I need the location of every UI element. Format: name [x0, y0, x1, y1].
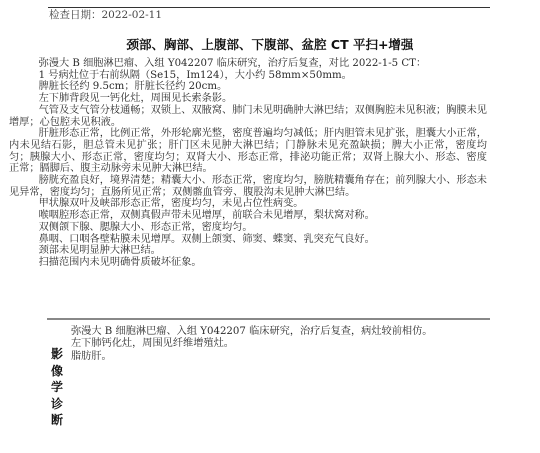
- diagnosis-line: 脂肪肝。: [71, 351, 491, 363]
- finding-paragraph: 膀胱充盈良好，境界清楚；精囊大小、形态正常，密度均匀，膀胱精囊角存在；前列腺大小…: [9, 175, 487, 198]
- finding-paragraph: 双侧颌下腺、腮腺大小、形态正常，密度均匀。: [9, 222, 487, 234]
- finding-paragraph: 左下肺背段见一钙化灶，周围见长索条影。: [9, 93, 487, 105]
- finding-paragraph: 颈部未见明显肿大淋巴结。: [9, 245, 487, 257]
- finding-paragraph: 扫描范围内未见明确骨质破坏征象。: [9, 257, 487, 269]
- finding-paragraph: 鼻咽、口咽各壁粘膜未见增厚。双侧上颌窦、筛窦、蝶窦、乳突充气良好。: [9, 234, 487, 246]
- header-divider: [48, 7, 490, 8]
- finding-paragraph: 甲状腺双叶及峡部形态正常，密度均匀，未见占位性病变。: [9, 198, 487, 210]
- diagnosis-conclusion: 弥漫大 B 细胞淋巴瘤、入组 Y042207 临床研究，治疗后复查，病灶较前相仿…: [71, 326, 491, 363]
- finding-paragraph: 脾脏长径约 9.5cm；肝脏长径约 20cm。: [9, 81, 487, 93]
- finding-paragraph: 弥漫大 B 细胞淋巴瘤、入组 Y042207 临床研究，治疗后复查，对比 202…: [9, 58, 487, 70]
- finding-paragraph: 肝脏形态正常，比例正常，外形轮廓光整，密度普遍均匀减低；肝内胆管未见扩张，胆囊大…: [9, 128, 487, 175]
- diagnosis-label-char: 像: [50, 363, 64, 380]
- finding-paragraph: 喉咽腔形态正常，双侧真假声带未见增厚，前联合未见增厚，梨状窝对称。: [9, 210, 487, 222]
- section-divider: [47, 318, 490, 320]
- diagnosis-label-char: 影: [50, 346, 64, 363]
- diagnosis-line: 弥漫大 B 细胞淋巴瘤、入组 Y042207 临床研究，治疗后复查，病灶较前相仿…: [71, 326, 491, 338]
- diagnosis-label-char: 学: [50, 379, 64, 396]
- findings-section: 弥漫大 B 细胞淋巴瘤、入组 Y042207 临床研究，治疗后复查，对比 202…: [9, 58, 487, 269]
- finding-paragraph: 1 号病灶位于右前纵隔（Se15，Im124），大小约 58mm×50mm。: [9, 70, 487, 82]
- exam-date: 检查日期：2022-02-11: [49, 9, 162, 22]
- diagnosis-label: 影 像 学 诊 断: [50, 346, 64, 429]
- diagnosis-line: 左下肺钙化灶，周围见纤维增殖灶。: [71, 338, 491, 350]
- diagnosis-label-char: 诊: [50, 396, 64, 413]
- diagnosis-label-char: 断: [50, 412, 64, 429]
- finding-paragraph: 气管及支气管分枝通畅；双锁上、双腋窝、肺门未见明确肿大淋巴结；双侧胸腔未见积液；…: [9, 105, 487, 128]
- report-title: 颈部、胸部、上腹部、下腹部、盆腔 CT 平扫+增强: [0, 37, 540, 53]
